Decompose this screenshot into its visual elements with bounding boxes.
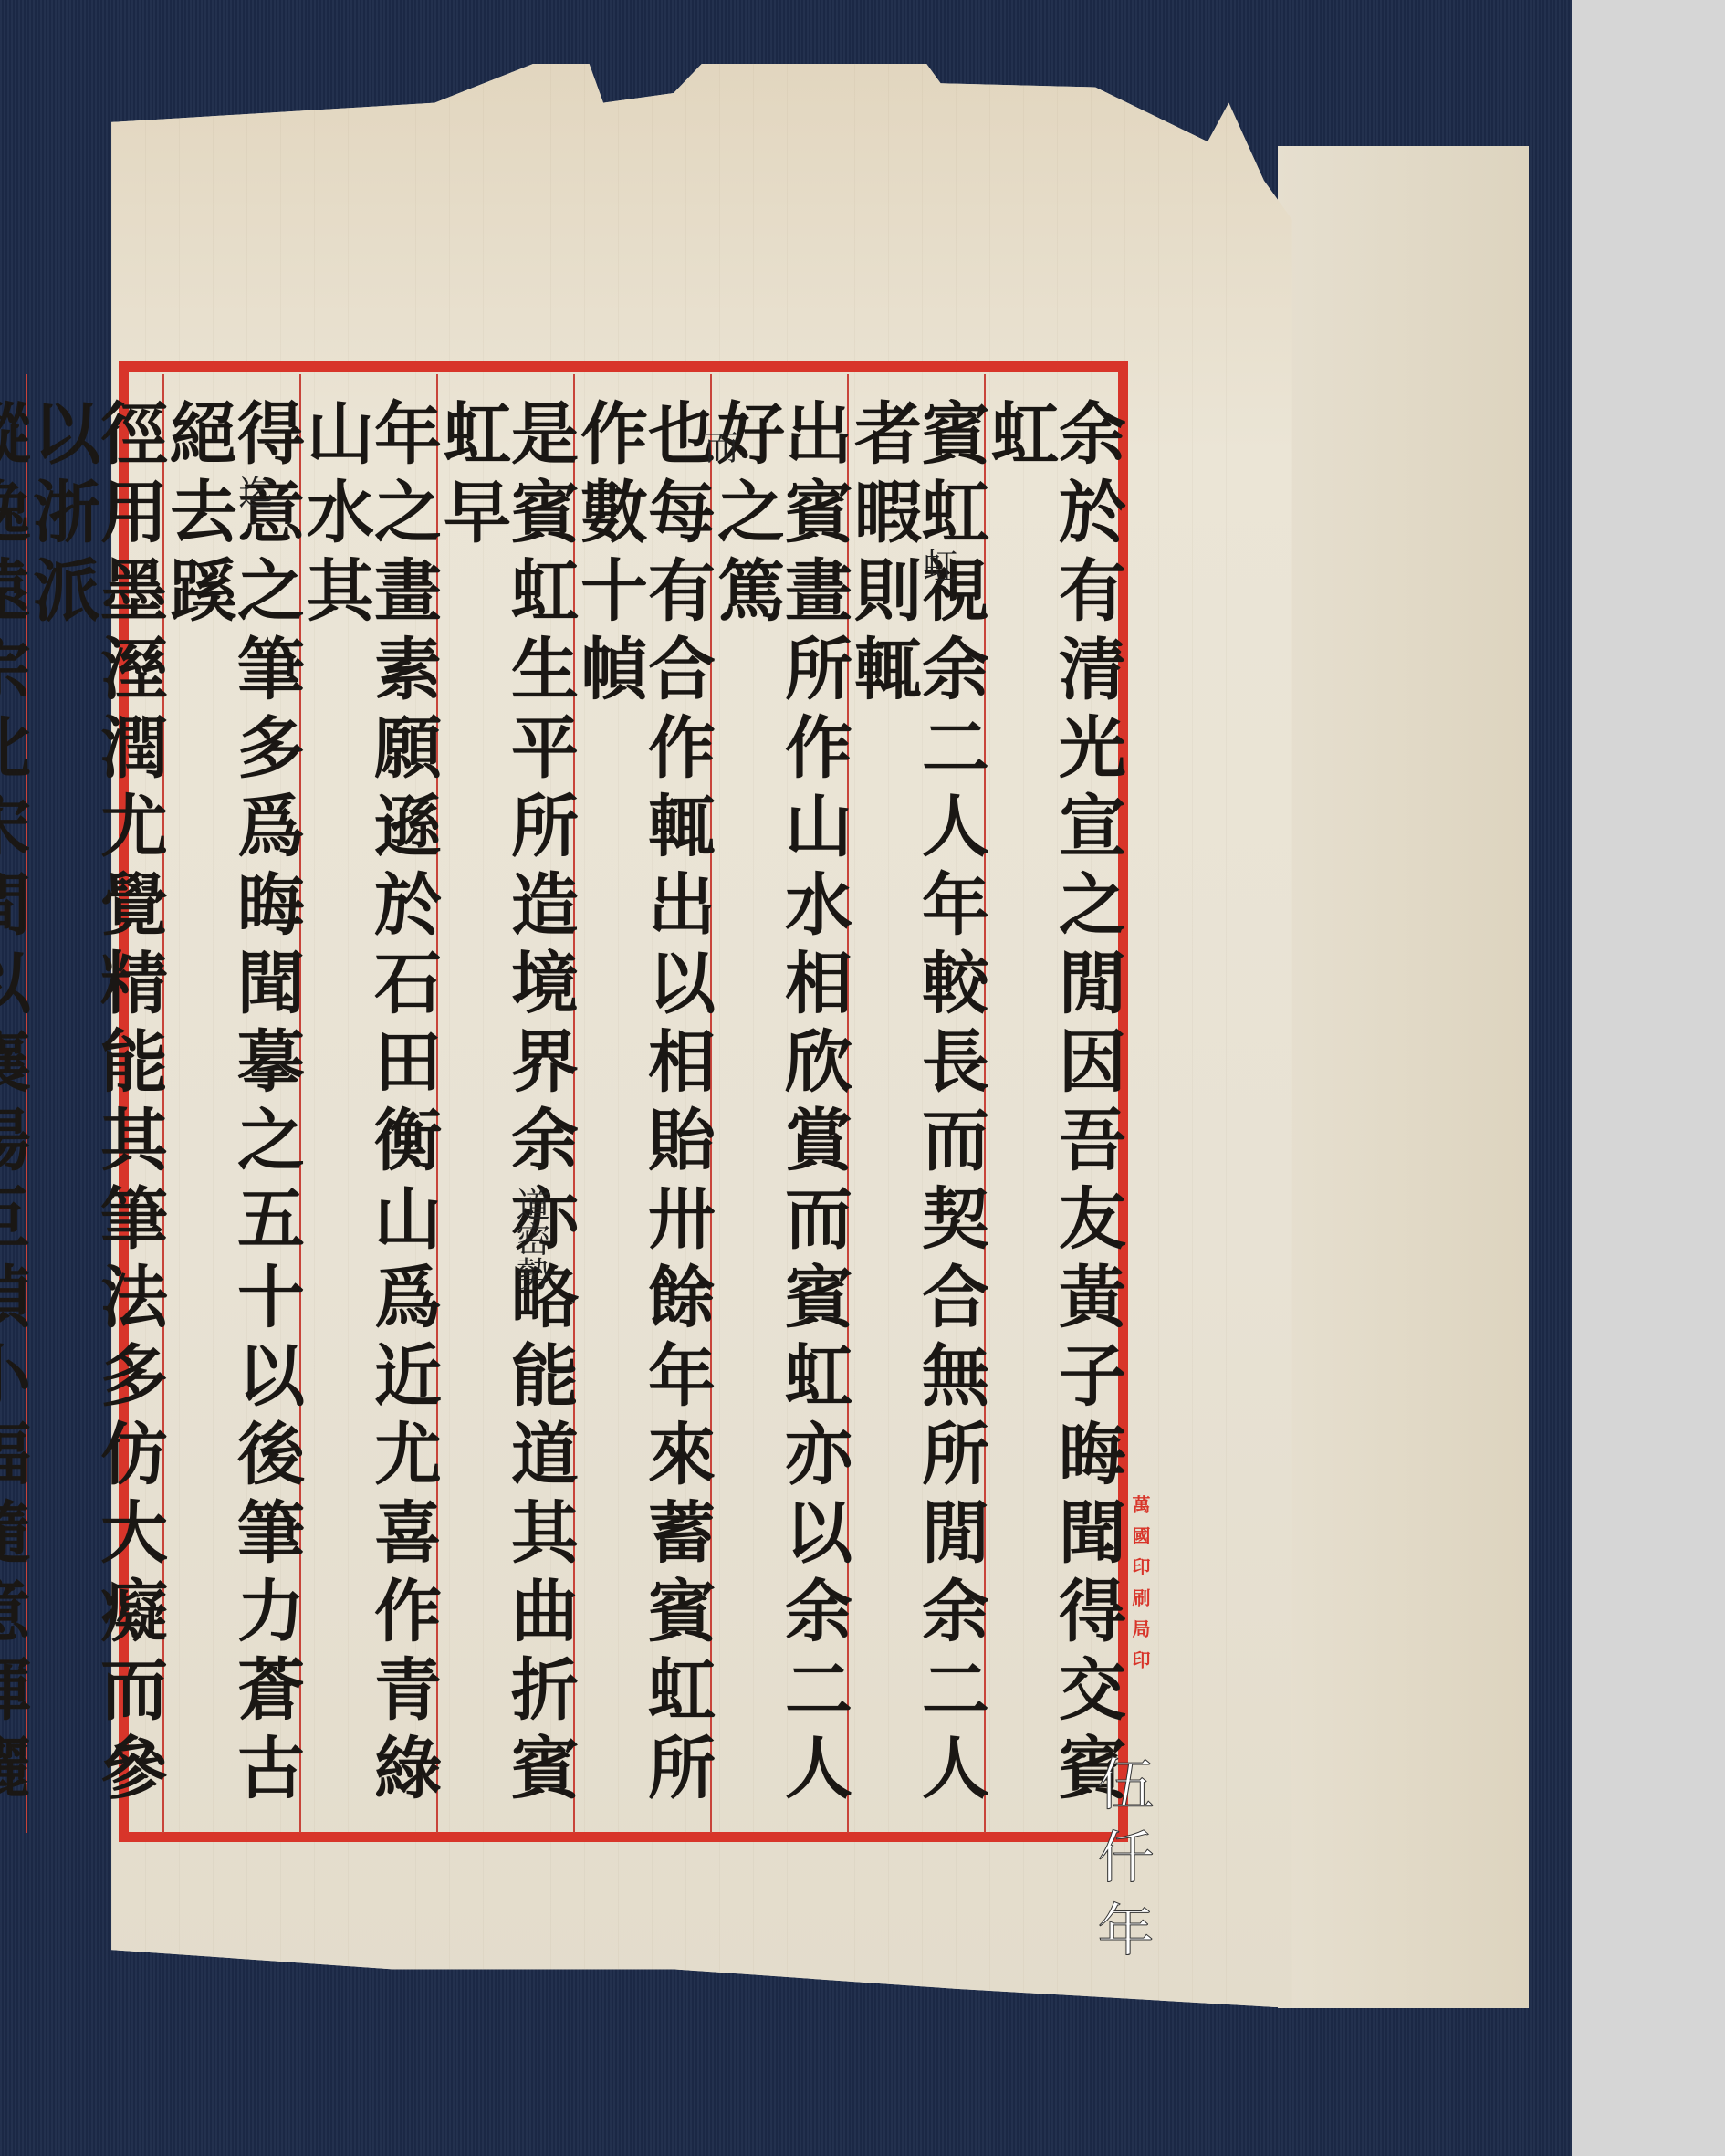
printer-imprint: 萬國印刷局印: [1127, 1495, 1154, 1681]
manuscript-columns: 余於有清光宣之閒因吾友黃子晦聞得交賓虹 賓虹視余二人年較長而契合無所閒余二人者暇…: [142, 374, 1121, 1833]
column-5: 是賓虹生平所造境界余亦略能道其曲折賓虹早: [436, 374, 573, 1833]
column-3: 出賓畫所作山水相欣賞而賓虹亦以余二人好之篤: [710, 374, 847, 1833]
paper-right-edge: [1278, 146, 1529, 2008]
annotation-hong: 虹: [913, 548, 963, 582]
column-text: 賓虹視余二人年較長而契合無所閒余二人者暇則輒: [849, 374, 984, 1833]
annotation-daomishi: 道密勢: [511, 1187, 548, 1291]
column-7: 得意之筆多爲晦聞摹之五十以後筆力蒼古絕去蹊: [162, 374, 299, 1833]
column-text: 徑用墨溼潤尤覺精能其筆法多仿大癡而參以浙派: [27, 374, 162, 1833]
column-9: 縱逸遠宗北宋間以襄陽巨幀小幅隨意揮灑各極: [0, 374, 26, 1833]
column-text: 也每有合作輒出以相貽卅餘年來蓄賓虹所作數十幀: [575, 374, 710, 1833]
column-8: 徑用墨溼潤尤覺精能其筆法多仿大癡而參以浙派: [26, 374, 162, 1833]
gray-margin-strip: [1572, 0, 1725, 2156]
column-text: 得意之筆多爲晦聞摹之五十以後筆力蒼古絕去蹊: [164, 374, 299, 1833]
column-1: 余於有清光宣之閒因吾友黃子晦聞得交賓虹: [984, 374, 1121, 1833]
annotation-er: 而: [694, 429, 744, 464]
column-4: 也每有合作輒出以相貽卅餘年來蓄賓虹所作數十幀: [573, 374, 710, 1833]
column-2: 賓虹視余二人年較長而契合無所閒余二人者暇則輒: [847, 374, 984, 1833]
watermark-text: 伍仟年: [1081, 1754, 1162, 1973]
column-text: 年之畫素願遜於石田衡山爲近尤喜作青綠山水其: [301, 374, 436, 1833]
column-text: 余於有清光宣之閒因吾友黃子晦聞得交賓虹: [986, 374, 1121, 1833]
column-text: 縱逸遠宗北宋間以襄陽巨幀小幅隨意揮灑各極: [0, 374, 26, 1833]
column-text: 是賓虹生平所造境界余亦略能道其曲折賓虹早: [438, 374, 573, 1833]
annotation-qi: 迄: [228, 475, 278, 509]
column-6: 年之畫素願遜於石田衡山爲近尤喜作青綠山水其: [299, 374, 436, 1833]
column-text: 出賓畫所作山水相欣賞而賓虹亦以余二人好之篤: [712, 374, 847, 1833]
